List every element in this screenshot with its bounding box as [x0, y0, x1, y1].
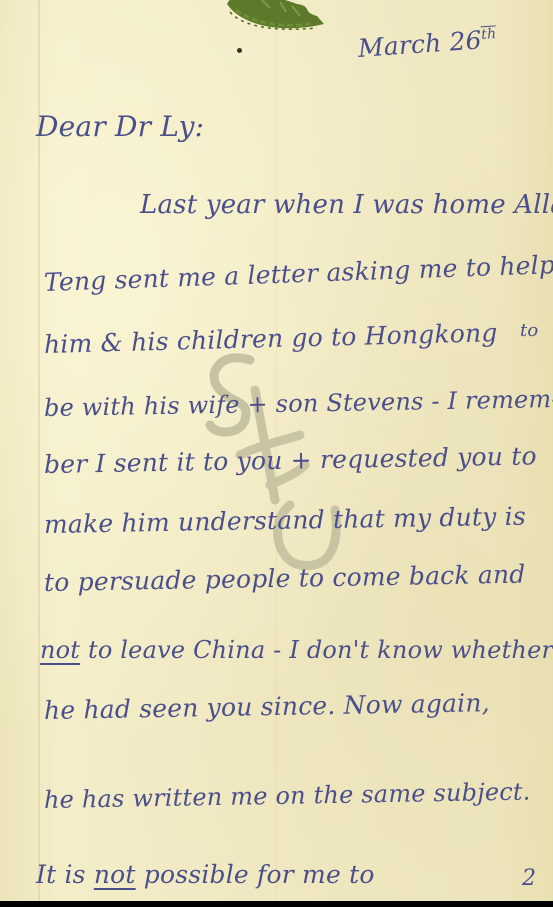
letter-salutation: Dear Dr Ly: — [36, 110, 204, 143]
letter-line-5: ber I sent it to you + requested you to — [44, 441, 537, 479]
scan-edge — [0, 901, 553, 904]
letter-line-1: Last year when I was home Allan — [140, 190, 553, 220]
underlined-not: not — [40, 636, 80, 664]
margin-word-to: to — [520, 320, 538, 341]
line-11-start: It is — [36, 860, 94, 889]
letter-line-10: he has written me on the same subject. — [44, 778, 531, 814]
letter-line-11: It is not possible for me to — [36, 860, 375, 889]
letter-line-7: to persuade people to come back and — [44, 560, 526, 597]
letter-line-6: make him understand that my duty is — [44, 502, 526, 539]
line-11-rest: possible for me to — [136, 860, 375, 889]
letter-line-4: be with his wife + son Stevens - I remem… — [44, 385, 553, 422]
underlined-not-2: not — [94, 860, 136, 889]
letter-page: March 26th Dear Dr Ly: Last year when I … — [0, 0, 553, 904]
letter-date: March 26th — [357, 24, 498, 63]
letter-line-3: him & his children go to Hongkong — [44, 318, 498, 359]
date-suffix: th — [481, 26, 497, 43]
letter-line-2: Teng sent me a letter asking me to help — [43, 250, 553, 297]
letter-line-8: not to leave China - I don't know whethe… — [40, 636, 553, 664]
line-8-rest: to leave China - I don't know whether — [80, 636, 553, 664]
ink-dot — [237, 48, 242, 53]
letterhead-emblem-icon — [222, 0, 332, 36]
letter-line-9: he had seen you since. Now again, — [44, 688, 490, 725]
date-text: March 26 — [357, 25, 483, 63]
page-number: 2 — [522, 866, 536, 891]
